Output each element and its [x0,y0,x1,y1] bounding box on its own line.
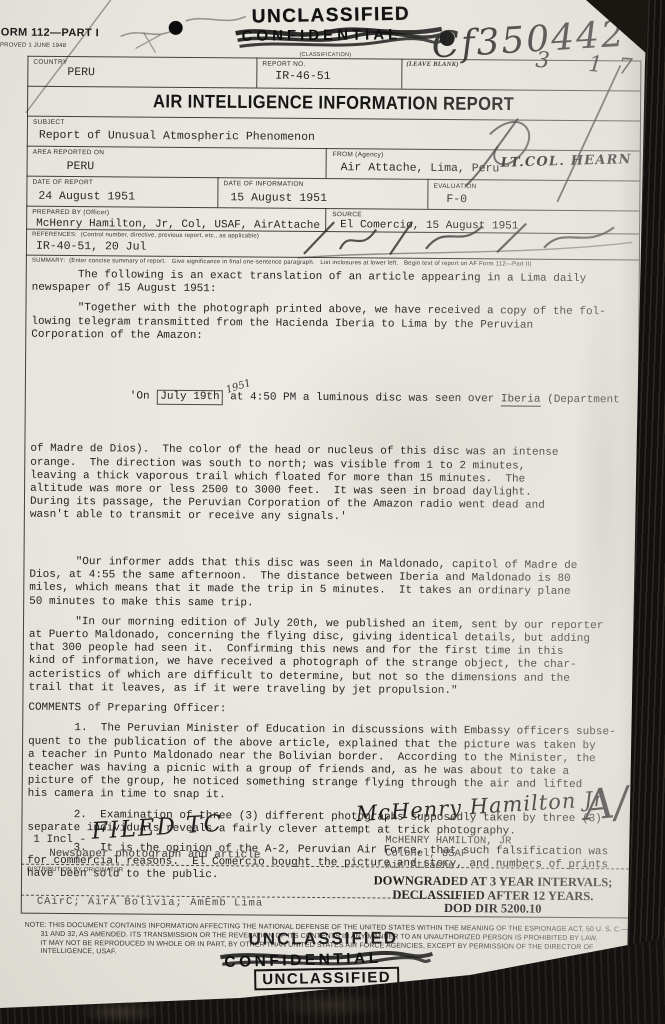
telegram-rest: of Madre de Dios). The color of the head… [30,443,633,527]
country-value: PERU [67,66,95,79]
enclosure-count: 1 Incl - [33,834,86,846]
form-grid-line [326,148,327,178]
form-grid-line [256,57,257,87]
punch-hole [440,31,455,46]
text-segment: 'On [97,390,157,402]
references-value: IR-40-51, 20 Jul [36,240,147,254]
prepared-by-label: PREPARED BY (Officer) [32,209,109,217]
scanned-document: UNCLASSIFIED CONFIDENTIAL (CLASSIFICATIO… [0,0,665,1024]
paragraph-telegram-quote: 'On July 19th1951 at 4:50 PM a luminous … [30,349,634,554]
signature-typed-rank: Colonel, USAF [385,848,467,861]
distribution-label: DISTRIBUTION BY ORIGINATOR [27,867,123,874]
subject-value: Report of Unusual Atmospheric Phenomenon [39,129,315,144]
paragraph-intro: The following is an exact translation of… [32,269,634,300]
signature-typed-title: Air Attache [385,860,454,873]
text-segment: (Department [540,393,619,406]
paragraph-morning-edition: "In our morning edition of July 20th, we… [28,616,631,700]
punch-hole [169,21,183,35]
pencil-marks [115,4,265,61]
report-no-value: IR-46-51 [275,70,330,83]
declassification-block: DOWNGRADED AT 3 YEAR INTERVALS; DECLASSI… [349,874,637,917]
declass-line-3: DOD DIR 5200.10 [349,901,637,917]
leave-blank-label: (LEAVE BLANK) [406,61,458,68]
form-grid-line [427,179,428,209]
evaluation-label: EVALUATION [433,183,476,190]
from-agency-value: Air Attache, Lima, Peru [341,161,500,175]
underlined-place-name: Iberia [501,393,541,406]
pencil-boxed-date: July 19th1951 [157,389,223,405]
telegram-first-line: 'On July 19th1951 at 4:50 PM a luminous … [31,375,633,421]
illegible-handwriting-scrawl [292,216,637,265]
country-label: COUNTRY [33,59,67,66]
handwritten-scrawl [457,56,633,207]
date-of-report-label: DATE OF REPORT [32,179,93,186]
report-no-label: REPORT NO. [262,61,305,68]
date-of-information-value: 15 August 1951 [230,191,327,205]
from-agency-label: FROM (Agency) [333,151,384,158]
evaluation-value: F-0 [446,193,467,206]
signature-typed-name: McHENRY HAMILTON, JR [385,835,511,848]
form-content: UNCLASSIFIED CONFIDENTIAL (CLASSIFICATIO… [0,0,665,1024]
area-reported-label: AREA REPORTED ON [33,149,105,157]
area-reported-value: PERU [67,160,95,173]
subject-label: SUBJECT [33,119,65,126]
date-of-report-value: 24 August 1951 [38,190,135,204]
prepared-by-value: McHenry Hamilton, Jr, Col, USAF, AirAtta… [36,218,320,232]
comments-heading: COMMENTS of Preparing Officer: [28,702,630,720]
paragraph-telegram-lead: "Together with the photograph printed ab… [31,302,633,346]
distribution-value: CAirC; AirA Bolivia; AmEmb Lima [37,896,263,910]
unclassified-stamp-bottom-1: UNCLASSIFIED [248,928,398,949]
form-grid-line [401,59,402,89]
references-label: REFERENCES: (Control number, directive, … [32,232,259,240]
text-segment: at 4:50 PM a luminous disc was seen over [224,391,501,405]
date-of-information-label: DATE OF INFORMATION [223,180,303,188]
form-grid-line [217,177,218,207]
enclosure-description: Newspaper photograph and article [49,848,260,862]
paragraph-informer: "Our informer adds that this disc was se… [29,556,631,614]
